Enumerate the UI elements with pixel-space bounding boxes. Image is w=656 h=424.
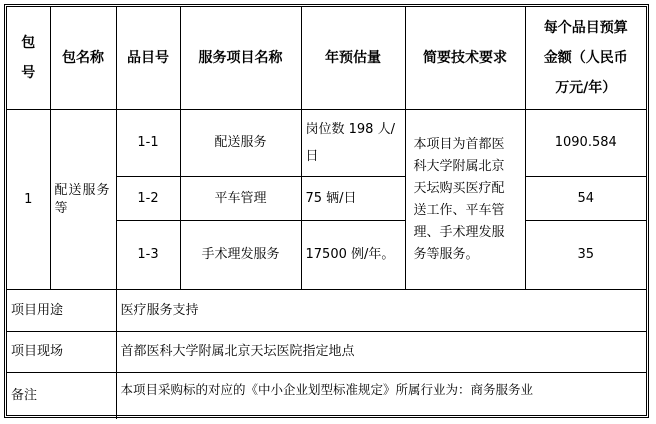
- budget: 54: [525, 177, 646, 221]
- annual-estimate: 75 辆/日: [301, 177, 405, 221]
- header-tech-requirements: 简要技术要求: [405, 7, 525, 110]
- package-name: 配送服务等: [50, 110, 116, 290]
- header-budget: 每个品目预算 金额（人民币 万元/年）: [525, 7, 646, 110]
- footer-row-purpose: 项目用途 医疗服务支持: [7, 290, 646, 332]
- header-package-name: 包名称: [50, 7, 116, 110]
- annual-estimate: 17500 例/年。: [301, 221, 405, 290]
- header-package-number: 包 号: [7, 7, 50, 110]
- header-annual-estimate: 年预估量: [301, 7, 405, 110]
- header-package-number-line2: 号: [11, 58, 46, 88]
- purpose-label: 项目用途: [7, 290, 116, 332]
- purpose-value: 医疗服务支持: [116, 290, 646, 332]
- tech-requirements: 本项目为首都医科大学附属北京天坛购买医疗配送工作、平车管理、手术理发服务等服务。: [405, 110, 525, 290]
- header-service-name: 服务项目名称: [180, 7, 301, 110]
- site-value: 首都医科大学附属北京天坛医院指定地点: [116, 332, 646, 373]
- item-number: 1-3: [116, 221, 180, 290]
- site-label: 项目现场: [7, 332, 116, 373]
- service-name: 平车管理: [180, 177, 301, 221]
- table-row: 1 配送服务等 1-1 配送服务 岗位数 198 人/日 本项目为首都医科大学附…: [7, 110, 646, 177]
- header-budget-line2: 金额（人民币: [530, 43, 643, 73]
- item-number: 1-2: [116, 177, 180, 221]
- remarks-value: 本项目采购标的对应的《中小企业划型标准规定》所属行业为：商务服务业: [116, 373, 646, 420]
- annual-estimate: 岗位数 198 人/日: [301, 110, 405, 177]
- package-number: 1: [7, 110, 50, 290]
- package-name-text: 配送服务等: [55, 183, 111, 216]
- footer-row-remarks: 备注 本项目采购标的对应的《中小企业划型标准规定》所属行业为：商务服务业: [7, 373, 646, 420]
- budget: 35: [525, 221, 646, 290]
- header-budget-line3: 万元/年）: [530, 73, 643, 103]
- service-name: 手术理发服务: [180, 221, 301, 290]
- footer-row-site: 项目现场 首都医科大学附属北京天坛医院指定地点: [7, 332, 646, 373]
- header-budget-line1: 每个品目预算: [530, 13, 643, 43]
- remarks-label: 备注: [7, 373, 116, 420]
- header-row: 包 号 包名称 品目号 服务项目名称 年预估量 简要技术要求 每个品目预算 金额…: [7, 7, 646, 110]
- item-number: 1-1: [116, 110, 180, 177]
- service-name: 配送服务: [180, 110, 301, 177]
- header-item-number: 品目号: [116, 7, 180, 110]
- budget: 1090.584: [525, 110, 646, 177]
- header-package-number-line1: 包: [11, 28, 46, 58]
- procurement-table: 包 号 包名称 品目号 服务项目名称 年预估量 简要技术要求 每个品目预算 金额…: [7, 7, 646, 419]
